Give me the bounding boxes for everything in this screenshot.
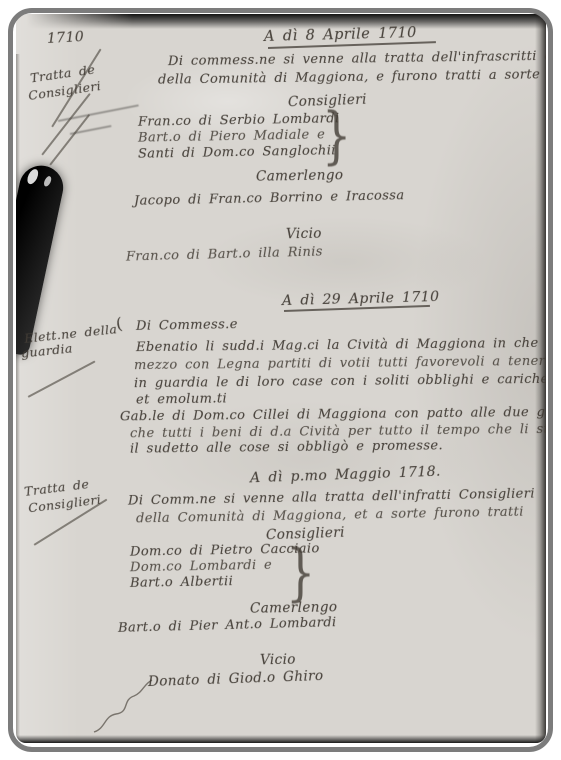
entry1-camerlengo-name: Jacopo di Fran.co Borrino e Iracossa — [134, 188, 405, 209]
brace-icon: } — [322, 99, 351, 172]
pen-highlight — [25, 167, 40, 185]
flourish-c-icon: ( — [115, 314, 124, 334]
entry2-body-line: Di Commess.e — [136, 317, 238, 334]
entry2-body-line: Gab.le di Dom.co Cillei di Maggiona con … — [120, 405, 546, 425]
entry2-body-line: che tutti i beni di d.a Cività per tutto… — [130, 422, 546, 442]
entry2-body-line: Ebenatio li sudd.i Mag.ci la Cività di M… — [136, 336, 539, 355]
entry1-camerlengo-label: Camerlengo — [256, 167, 344, 185]
entry3-date-heading: A dì p.mo Maggio 1718. — [250, 464, 441, 487]
year-mark: 1710 — [47, 29, 85, 47]
bottom-edge-shadow — [16, 735, 546, 743]
entry3-vicio-label: Vicio — [260, 652, 296, 669]
entry2-body-line: mezzo con Legna partiti di votii tutti f… — [134, 354, 545, 373]
left-edge-shadow — [16, 54, 20, 743]
entry3-consigliere-name: Bart.o Albertii — [130, 574, 233, 591]
scanned-manuscript-view: 1710 Tratta de Consiglieri Elett.ne dell… — [0, 0, 561, 760]
entry1-consigliere-name: Bart.o di Piero Madiale e — [138, 127, 325, 145]
top-edge-shadow — [16, 14, 546, 29]
entry2-body-line: et emolum.ti — [136, 391, 227, 407]
entry1-vicio-name: Fran.co di Bart.o illa Rinis — [126, 244, 323, 264]
entry3-vicio-name: Donato di Giod.o Ghiro — [148, 668, 324, 690]
entry3-consigliere-name: Dom.co Lombardi e — [130, 558, 272, 575]
manuscript-page: 1710 Tratta de Consiglieri Elett.ne dell… — [16, 14, 546, 743]
entry2-body-line: il sudetto alle cose si obbligò e promes… — [130, 438, 443, 456]
entry1-consigliere-name: Santi di Dom.co Sanglochii — [138, 143, 336, 161]
entry3-camerlengo-label: Camerlengo — [250, 599, 338, 617]
entry1-vicio-label: Vicio — [286, 226, 322, 243]
entry2-body-line: in guardia le di loro case con i soliti … — [134, 372, 546, 391]
entry1-body-line: della Comunità di Maggiona, e furono tra… — [158, 67, 540, 87]
entry3-body-line: della Comunità di Maggiona, et a sorte f… — [136, 505, 524, 527]
entry1-body-line: Di commess.ne si venne alla tratta dell'… — [168, 48, 546, 69]
brace-icon: } — [286, 536, 315, 609]
entry3-camerlengo-name: Bart.o di Pier Ant.o Lombardi — [118, 615, 337, 636]
margin-flourish — [28, 360, 96, 397]
pen-highlight — [43, 175, 53, 188]
